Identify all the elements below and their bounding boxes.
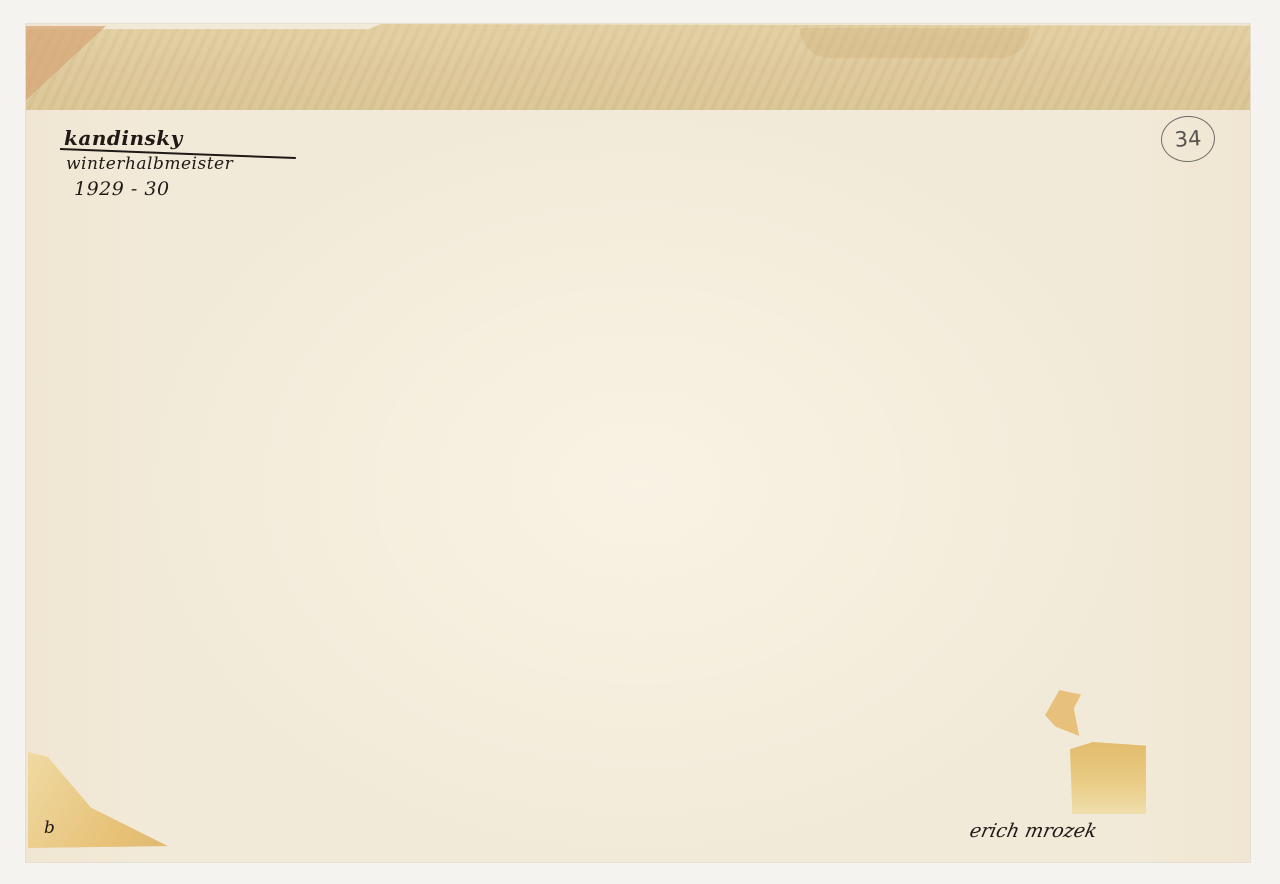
hinge-tape (26, 24, 1250, 110)
paper-sheet (26, 24, 1250, 862)
inscription-title: winterhalbmeister (66, 154, 233, 174)
inscription-date: 1929 - 30 (74, 178, 170, 200)
inscription-signature: erich mrozek (968, 820, 1099, 842)
inscription-artist: kandinsky (64, 126, 183, 150)
stain-bottom-right-large (1070, 742, 1146, 814)
tape-glue-mark (800, 28, 1030, 58)
image-canvas: kandinsky winterhalbmeister 1929 - 30 34… (0, 0, 1280, 884)
inscription-corner-mark: b (44, 818, 55, 838)
